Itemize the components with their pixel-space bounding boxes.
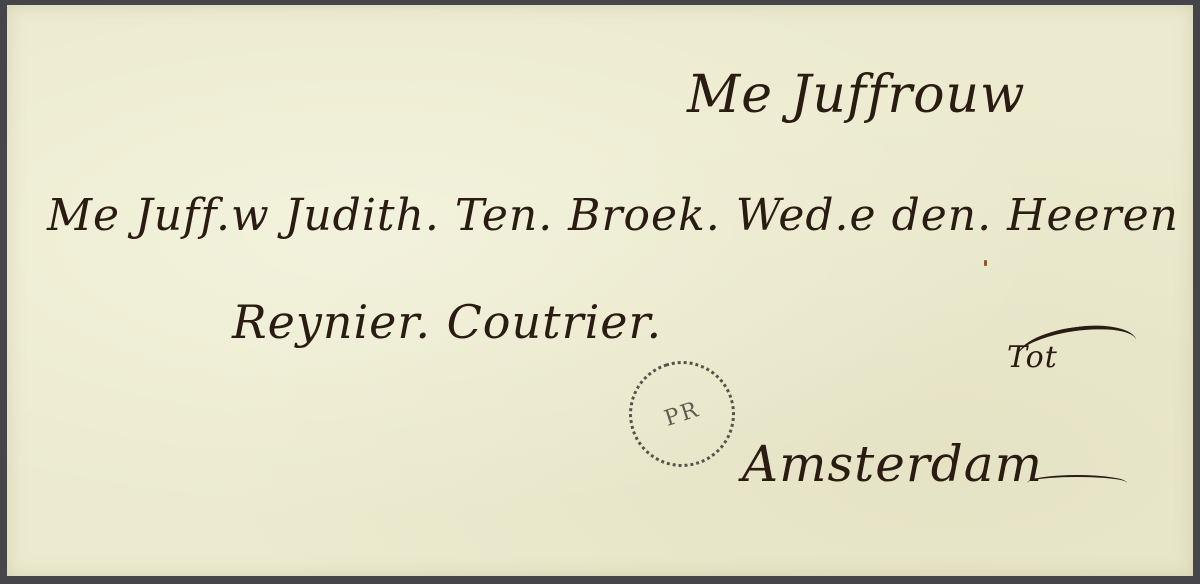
recipient-line: Me Juff.w Judith. Ten. Broek. Wed.e den.… (47, 190, 1179, 241)
letter-paper: Me Juffrouw Me Juff.w Judith. Ten. Broek… (7, 5, 1193, 576)
city-underline-flourish (1027, 475, 1127, 491)
city-text: Amsterdam (742, 435, 1043, 493)
husband-name-line: Reynier. Coutrier. (232, 295, 662, 349)
preposition-text: Tot (1007, 340, 1058, 375)
salutation-text: Me Juffrouw (687, 65, 1026, 125)
postmark-stamp: PR (615, 347, 749, 481)
postmark-text: PR (661, 397, 702, 432)
ink-speck (984, 260, 987, 266)
